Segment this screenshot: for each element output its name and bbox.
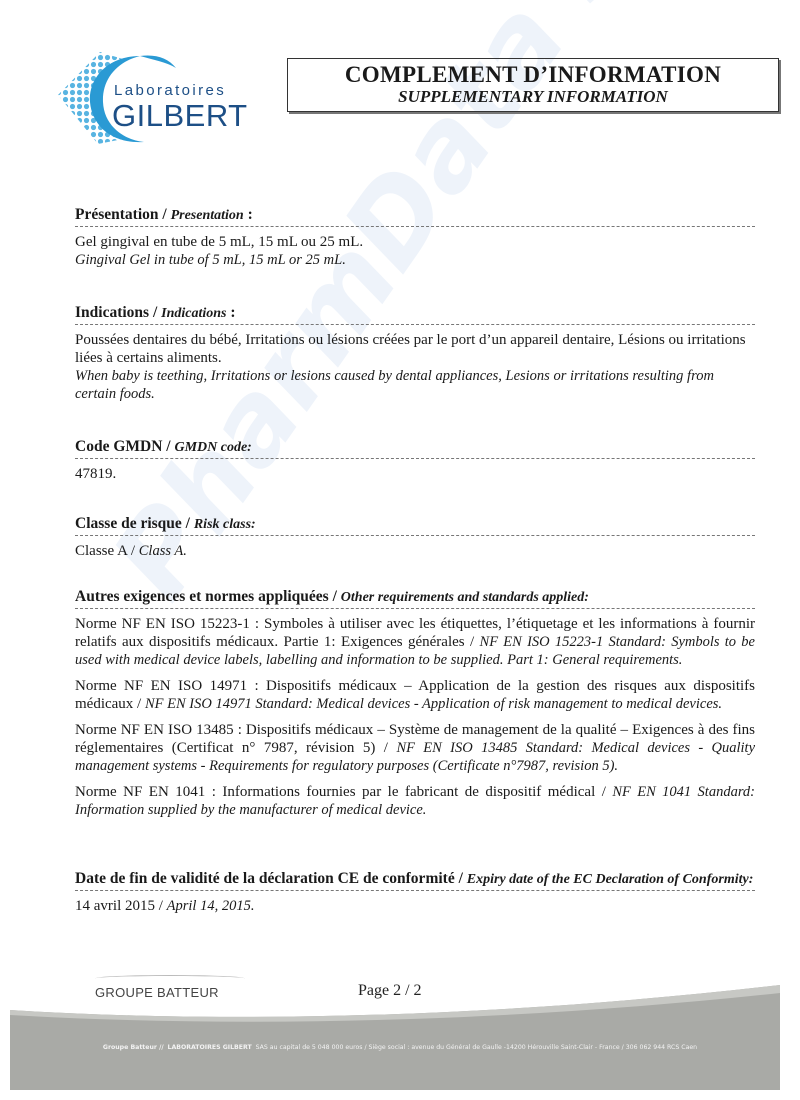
risk-class-value: Classe A / Class A. — [75, 542, 755, 560]
standard-item: Norme NF EN ISO 15223-1 : Symboles à uti… — [75, 615, 755, 669]
section-presentation: Présentation / Presentation : Gel gingiv… — [75, 206, 755, 269]
logo-gilbert-text: GILBERT — [112, 98, 248, 134]
document-title-box: COMPLEMENT D’INFORMATION SUPPLEMENTARY I… — [287, 58, 779, 112]
text-english: When baby is teething, Irritations or le… — [75, 368, 714, 402]
logo-laboratoires-text: Laboratoires — [114, 82, 226, 99]
expiry-date-value: 14 avril 2015 / April 14, 2015. — [75, 897, 755, 915]
gmdn-code-value: 47819. — [75, 465, 755, 483]
section-heading: Classe de risque / Risk class: — [75, 515, 755, 536]
footer-swoosh — [95, 975, 245, 982]
section-heading: Code GMDN / GMDN code: — [75, 438, 755, 459]
section-heading: Date de fin de validité de la déclaratio… — [75, 870, 755, 891]
section-standards: Autres exigences et normes appliquées / … — [75, 588, 755, 827]
footer-legal-text: Groupe Batteur // LABORATOIRES GILBERT S… — [0, 1044, 800, 1051]
section-heading: Présentation / Presentation : — [75, 206, 755, 227]
section-indications: Indications / Indications : Poussées den… — [75, 304, 755, 403]
section-expiry-date: Date de fin de validité de la déclaratio… — [75, 870, 755, 915]
standard-item: Norme NF EN ISO 13485 : Dispositifs médi… — [75, 721, 755, 775]
standard-item: Norme NF EN ISO 14971 : Dispositifs médi… — [75, 677, 755, 713]
section-risk-class: Classe de risque / Risk class: Classe A … — [75, 515, 755, 560]
text-english: Gingival Gel in tube of 5 mL, 15 mL or 2… — [75, 252, 346, 268]
standard-item: Norme NF EN 1041 : Informations fournies… — [75, 783, 755, 819]
title-english: SUPPLEMENTARY INFORMATION — [288, 87, 778, 107]
footer-band — [0, 985, 800, 1100]
standards-list: Norme NF EN ISO 15223-1 : Symboles à uti… — [75, 615, 755, 819]
laboratoires-gilbert-logo: Laboratoires GILBERT — [48, 40, 248, 150]
text-french: Gel gingival en tube de 5 mL, 15 mL ou 2… — [75, 233, 755, 251]
indications-text: Poussées dentaires du bébé, Irritations … — [75, 331, 755, 403]
section-heading: Autres exigences et normes appliquées / … — [75, 588, 755, 609]
section-gmdn-code: Code GMDN / GMDN code: 47819. — [75, 438, 755, 483]
text-french: Poussées dentaires du bébé, Irritations … — [75, 331, 755, 367]
section-heading: Indications / Indications : — [75, 304, 755, 325]
title-french: COMPLEMENT D’INFORMATION — [288, 62, 778, 88]
presentation-text: Gel gingival en tube de 5 mL, 15 mL ou 2… — [75, 233, 755, 269]
